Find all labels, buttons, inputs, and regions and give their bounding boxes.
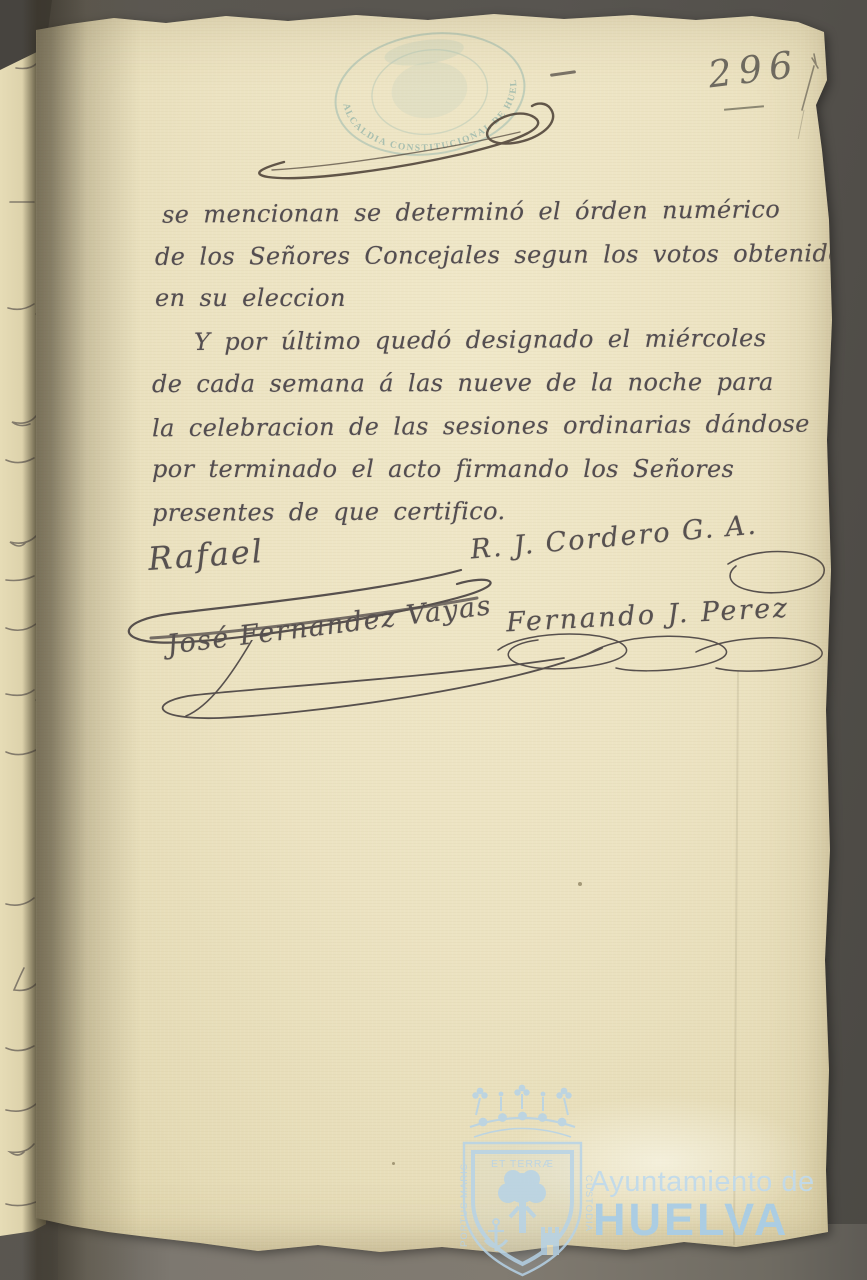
fox-spot <box>578 882 582 886</box>
fox-spot <box>392 1162 395 1165</box>
manuscript-line: de cada semana á las nueve de la noche p… <box>152 368 774 398</box>
paper-crease <box>733 670 739 1245</box>
manuscript-line: por terminado el acto firmando los Señor… <box>152 455 734 483</box>
rubric-flourish <box>232 82 582 192</box>
page-number-underline <box>724 105 764 110</box>
pencil-dash <box>550 70 576 77</box>
manuscript-line: de los Señores Concejales segun los voto… <box>155 239 856 271</box>
paper-sheen <box>506 1095 816 1230</box>
manuscript-line: en su eleccion <box>155 284 346 312</box>
manuscript-page: ALCALDIA CONSTITUCIONAL DE HUELVA 296 se… <box>36 10 834 1258</box>
manuscript-line: se mencionan se determinó el órden numér… <box>162 195 780 228</box>
page-wrap: ALCALDIA CONSTITUCIONAL DE HUELVA 296 se… <box>36 10 834 1258</box>
signature-cordero: R. J. Cordero G. A. <box>469 510 759 566</box>
manuscript-line: Y por último quedó designado el miércole… <box>194 324 767 356</box>
pencil-marks <box>774 44 844 139</box>
scanned-document: ALCALDIA CONSTITUCIONAL DE HUELVA 296 se… <box>0 0 867 1280</box>
manuscript-line: la celebracion de las sesiones ordinaria… <box>152 410 810 443</box>
manuscript-line: presentes de que certifico. <box>152 497 506 527</box>
signature-fernando-loops <box>464 622 849 707</box>
